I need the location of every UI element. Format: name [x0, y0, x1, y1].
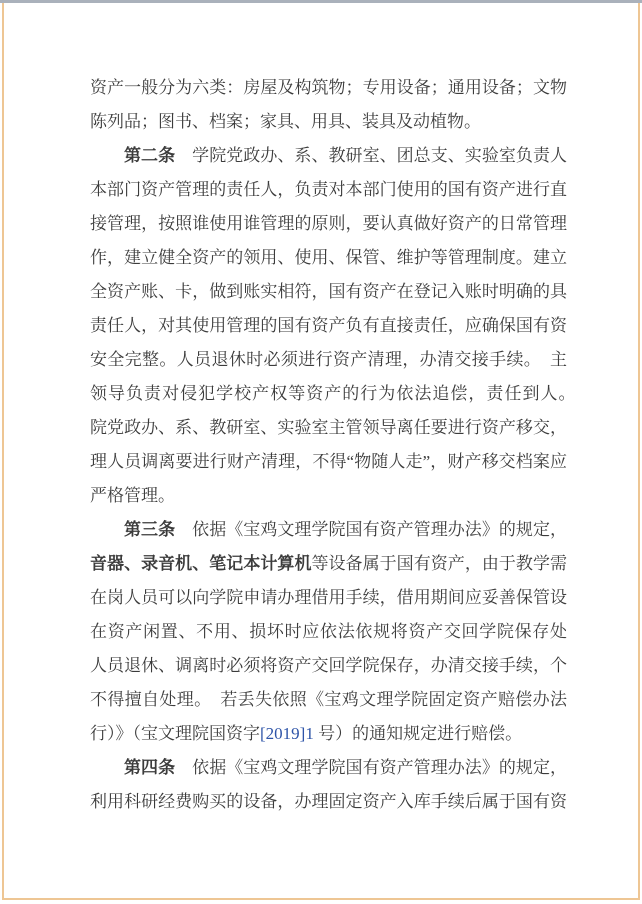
text-line: 人员退休、调离时必须将资产交回学院保存，办清交接手续，个人: [90, 649, 567, 683]
doc-number-link[interactable]: [2019]1: [260, 724, 314, 743]
text-line: 资产一般分为六类：房屋及构筑物；专用设备；通用设备；文物和: [90, 71, 567, 105]
text-run: 严格管理。: [90, 486, 175, 505]
text-run: 利用科研经费购买的设备，办理固定资产入库手续后属于国有资产，: [90, 792, 567, 819]
text-run: 不得擅自处理。 若丢失依照《宝鸡文理学院固定资产赔偿办法（试: [90, 690, 567, 717]
text-line: 接管理，按照谁使用谁管理的原则，要认真做好资产的日常管理工: [90, 207, 567, 241]
text-line: 利用科研经费购买的设备，办理固定资产入库手续后属于国有资产，: [90, 785, 567, 819]
text-line: 行）》（宝文理院国资字[2019]1 号）的通知规定进行赔偿。: [90, 717, 567, 751]
text-run: 学院党政办、系、教研室、团总支、实验室负责人为: [124, 146, 567, 173]
text-run: 接管理，按照谁使用谁管理的原则，要认真做好资产的日常管理工: [90, 214, 567, 241]
text-line: 理人员调离要进行财产清理，不得“物随人走”，财产移交档案应: [90, 445, 567, 479]
text-run: 依据《宝鸡文理学院国有资产管理办法》的规定，: [175, 758, 567, 777]
text-run: 陈列品；图书、档案；家具、用具、装具及动植物。: [90, 112, 481, 131]
text-line: 作，建立健全资产的领用、使用、保管、维护等管理制度。建立健: [90, 241, 567, 275]
text-run: 责任人，对其使用管理的国有资产负有直接责任，应确保国有资产: [90, 316, 567, 343]
text-line: 本部门资产管理的责任人，负责对本部门使用的国有资产进行直: [90, 173, 567, 207]
text-run: 依据《宝鸡文理学院国有资产管理办法》的规定，: [175, 520, 567, 539]
text-run: 院党政办、系、教研室、实验室主管领导离任要进行资产移交，管: [90, 418, 567, 445]
text-line: 全资产账、卡，做到账实相符，国有资产在登记入账时明确的具体: [90, 275, 567, 309]
text-line: 在岗人员可以向学院申请办理借用手续，借用期间应妥善保管设备；: [90, 581, 567, 615]
text-run: 人员退休、调离时必须将资产交回学院保存，办清交接手续，个人: [90, 656, 567, 683]
text-run: 行）》（宝文理院国资字: [90, 724, 260, 743]
text-run: 本部门资产管理的责任人，负责对本部门使用的国有资产进行直: [90, 180, 567, 199]
document-text-area: 资产一般分为六类：房屋及构筑物；专用设备；通用设备；文物和陈列品；图书、档案；家…: [90, 71, 567, 819]
text-line: 安全完整。人员退休时必须进行资产清理，办清交接手续。 主管: [90, 343, 567, 377]
text-run: 作，建立健全资产的领用、使用、保管、维护等管理制度。建立健: [90, 248, 567, 275]
text-run: 理人员调离要进行财产清理，不得“物随人走”，财产移交档案应: [90, 452, 567, 471]
article-number-text: 第二条: [124, 146, 175, 165]
text-run: 安全完整。人员退休时必须进行资产清理，办清交接手续。 主管: [90, 350, 567, 377]
text-run: 领导负责对侵犯学校产权等资产的行为依法追偿，责任到人。 学: [90, 384, 567, 411]
text-run: 在岗人员可以向学院申请办理借用手续，借用期间应妥善保管设备；: [90, 588, 567, 615]
text-line: 在资产闲置、不用、损坏时应依法依规将资产交回学院保存处置。: [90, 615, 567, 649]
text-line: 音器、录音机、笔记本计算机等设备属于国有资产，由于教学需要: [90, 547, 567, 581]
text-run: 在资产闲置、不用、损坏时应依法依规将资产交回学院保存处置。: [90, 622, 567, 649]
article-number-text: 第三条: [124, 520, 175, 539]
text-run: 号）的通知规定进行赔偿。: [314, 724, 522, 743]
text-line: 严格管理。: [90, 479, 567, 513]
text-line: 第三条 依据《宝鸡文理学院国有资产管理办法》的规定，扩: [90, 513, 567, 547]
text-run: 资产一般分为六类：房屋及构筑物；专用设备；通用设备；文物和: [90, 78, 567, 105]
text-line: 不得擅自处理。 若丢失依照《宝鸡文理学院固定资产赔偿办法（试: [90, 683, 567, 717]
text-line: 陈列品；图书、档案；家具、用具、装具及动植物。: [90, 105, 567, 139]
text-line: 第四条 依据《宝鸡文理学院国有资产管理办法》的规定，: [90, 751, 567, 785]
text-run: 全资产账、卡，做到账实相符，国有资产在登记入账时明确的具体: [90, 282, 567, 309]
text-line: 领导负责对侵犯学校产权等资产的行为依法追偿，责任到人。 学: [90, 377, 567, 411]
text-line: 院党政办、系、教研室、实验室主管领导离任要进行资产移交，管: [90, 411, 567, 445]
article-number-text: 第四条: [124, 758, 175, 777]
text-line: 责任人，对其使用管理的国有资产负有直接责任，应确保国有资产: [90, 309, 567, 343]
article-number-text: 音器、录音机、笔记本计算机: [90, 554, 311, 573]
text-line: 第二条 学院党政办、系、教研室、团总支、实验室负责人为: [90, 139, 567, 173]
